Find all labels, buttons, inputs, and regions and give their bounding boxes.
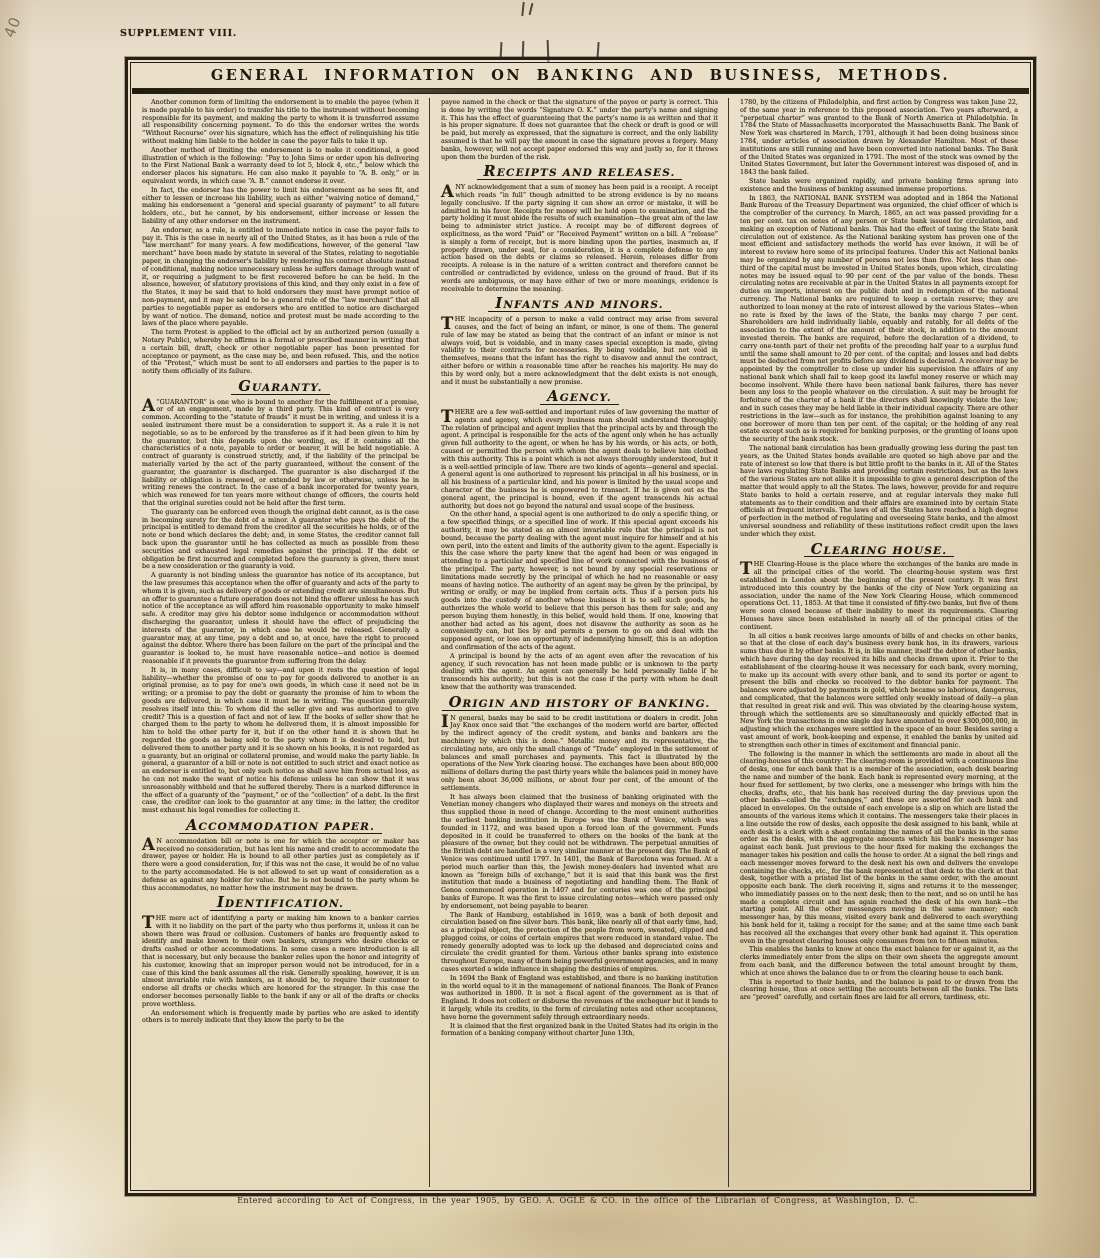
paragraph: In fact, the endorser has the power to l… [142, 187, 419, 226]
section-heading-text: INFANTS AND MINORS. [488, 300, 670, 312]
paragraph: State banks were organized rapidly, and … [740, 178, 1018, 194]
text-columns: Another common form of limiting the endo… [131, 94, 1030, 1187]
paragraph: This is reported to their banks, and the… [740, 979, 1018, 1002]
section-heading-text: IDENTIFICATION. [210, 899, 351, 911]
drop-cap-letter: T [441, 410, 455, 424]
paragraph: It is claimed that the first organized b… [441, 1023, 718, 1039]
section-heading-text: CLEARING HOUSE. [804, 546, 954, 558]
paragraph: The term Protest is applied to the offic… [142, 329, 419, 376]
paragraph: This enables the banks to know at once t… [740, 946, 1018, 977]
paragraph: ANY acknowledgement that a sum of money … [441, 184, 718, 293]
drop-cap-letter: A [142, 838, 156, 852]
paragraph: payee named in the check or that the sig… [441, 99, 718, 161]
page-border-inner-rule: GENERAL INFORMATION ON BANKING AND BUSIN… [130, 62, 1031, 1191]
section-heading-text: AGENCY. [540, 393, 618, 405]
drop-cap-letter: A [142, 399, 156, 413]
section-heading: IDENTIFICATION. [142, 899, 419, 911]
paragraph: THE Clearing-House is the place where th… [740, 561, 1018, 631]
paragraph: Another common form of limiting the endo… [142, 99, 419, 146]
drop-cap-letter: T [740, 562, 754, 576]
paragraph: An endorser, as a rule, is entitled to i… [142, 227, 419, 328]
paragraph: In all cities a bank receives large amou… [740, 633, 1018, 750]
paragraph: In 1863, the NATIONAL BANK SYSTEM was ad… [740, 195, 1018, 445]
paragraph: THE incapacity of a person to make a val… [441, 316, 718, 386]
paragraph: 1780, by the citizens of Philadelphia, a… [740, 99, 1018, 177]
paragraph: In 1694 the Bank of England was establis… [441, 975, 718, 1022]
paragraph: THERE are a few well-settled and importa… [441, 409, 718, 510]
paragraph: A principal is bound by the acts of an a… [441, 653, 718, 692]
section-heading: ACCOMMODATION PAPER. [142, 822, 419, 834]
column-1: Another common form of limiting the endo… [131, 98, 430, 1187]
paragraph: An endorsement which is frequently made … [142, 1010, 419, 1026]
section-heading: ORIGIN AND HISTORY OF BANKING. [441, 699, 718, 711]
paragraph: Another method of limiting the endorseme… [142, 147, 419, 186]
paragraph: The national bank circulation has been g… [740, 445, 1018, 539]
column-2: payee named in the check or that the sig… [430, 98, 729, 1187]
section-heading: AGENCY. [441, 393, 718, 405]
drop-cap-letter: A [441, 185, 455, 199]
paragraph: A guaranty is not binding unless the gua… [142, 572, 419, 666]
page-title: GENERAL INFORMATION ON BANKING AND BUSIN… [211, 67, 950, 84]
page-border-frame: GENERAL INFORMATION ON BANKING AND BUSIN… [125, 57, 1036, 1196]
scanned-atlas-page: { "page": { "supplement_label": "SUPPLEM… [0, 0, 1100, 1258]
drop-cap-letter: T [441, 317, 455, 331]
section-heading: INFANTS AND MINORS. [441, 300, 718, 312]
copyright-footer: Entered according to Act of Congress, in… [125, 1196, 1030, 1205]
paragraph: On the other hand, a special agent is on… [441, 511, 718, 651]
drop-cap-letter: I [441, 715, 450, 729]
section-heading: CLEARING HOUSE. [740, 546, 1018, 558]
supplement-label: SUPPLEMENT VIII. [120, 28, 237, 39]
paragraph: The guaranty can be enforced even though… [142, 509, 419, 571]
paragraph: IN general, banks may be said to be cred… [441, 715, 718, 793]
title-band: GENERAL INFORMATION ON BANKING AND BUSIN… [131, 63, 1030, 88]
section-heading-text: RECEIPTS AND RELEASES. [477, 168, 683, 180]
paragraph: It has always been claimed that the busi… [441, 794, 718, 911]
paragraph: It is, in many cases, difficult to say—a… [142, 667, 419, 815]
paragraph: A“GUARANTOR” is one who is bound to anot… [142, 399, 419, 508]
column-3: 1780, by the citizens of Philadelphia, a… [729, 98, 1028, 1187]
section-heading: GUARANTY. [142, 383, 419, 395]
drop-cap-letter: T [142, 916, 156, 930]
paragraph: THE mere act of identifying a party or m… [142, 915, 419, 1009]
section-heading-text: GUARANTY. [231, 383, 329, 395]
paragraph: The following is the manner in which the… [740, 751, 1018, 946]
paragraph: AN accommodation bill or note is one for… [142, 838, 419, 893]
paragraph: The Bank of Hamburg, established in 1619… [441, 912, 718, 974]
section-heading: RECEIPTS AND RELEASES. [441, 168, 718, 180]
section-heading-text: ACCOMMODATION PAPER. [179, 822, 382, 834]
section-heading-text: ORIGIN AND HISTORY OF BANKING. [442, 699, 718, 711]
